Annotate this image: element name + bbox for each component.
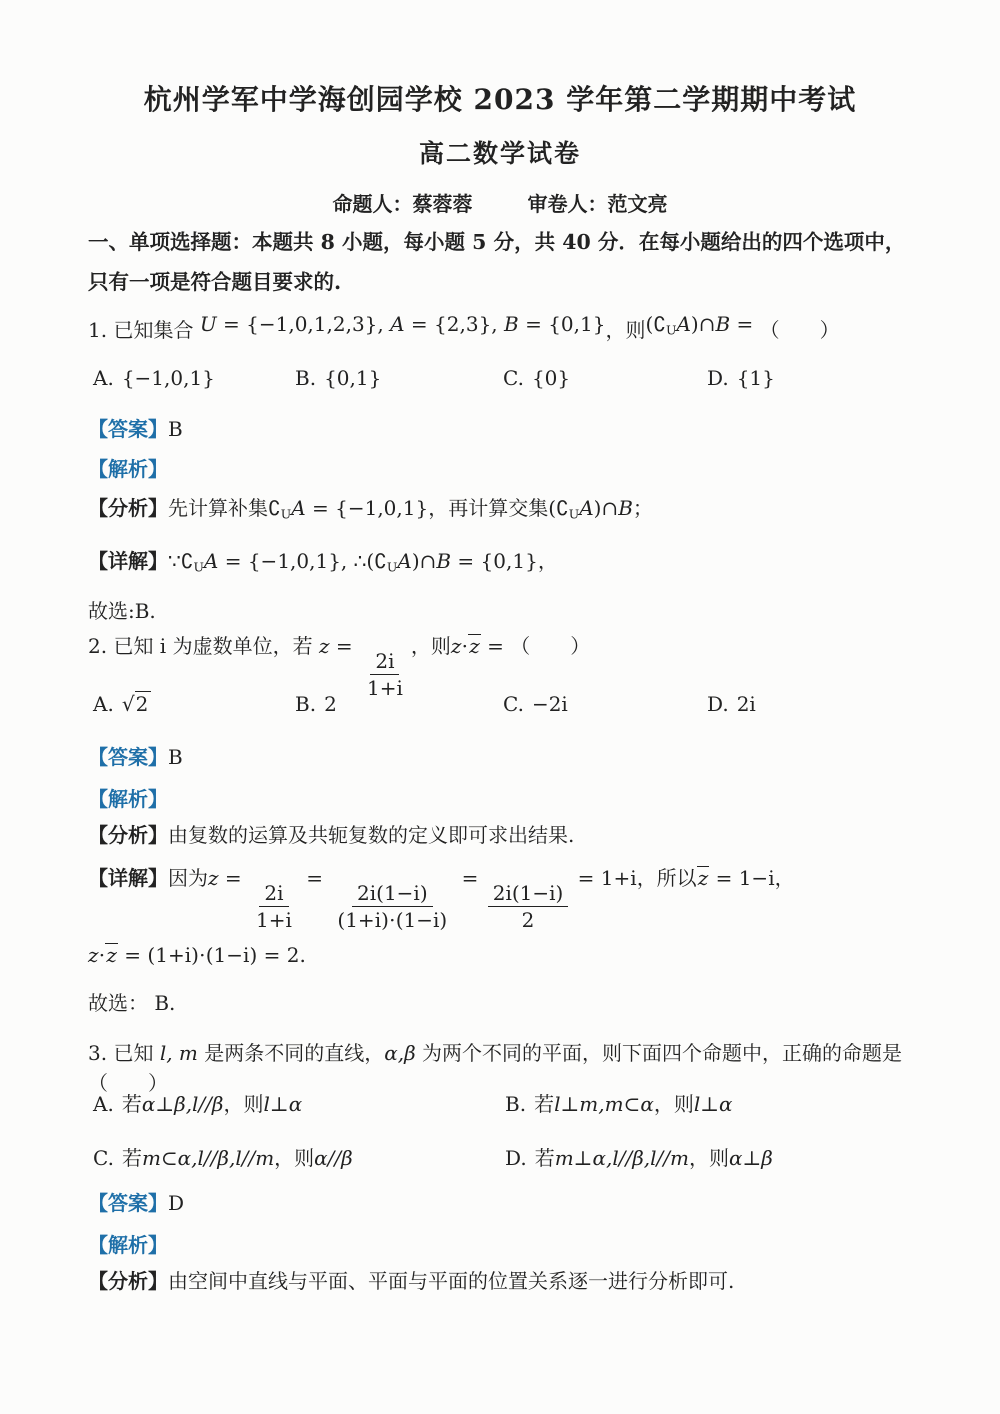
q1-answer-blank: （ ） [760, 318, 840, 342]
q2-fenxi-text: 由复数的运算及共轭复数的定义即可求出结果. [168, 823, 574, 847]
q1-option-b: B.{0,1} [295, 366, 503, 390]
q1-xiangjie-end: ， [538, 549, 558, 573]
q3-answer-value: D [168, 1191, 184, 1215]
q1-complement-formula: (∁UA)∩B = [645, 312, 753, 336]
answer-label: 【答案】 [88, 1191, 168, 1215]
q2-jiexi-line: 【解析】 [88, 784, 916, 814]
exam-subtitle: 高二数学试卷 [0, 134, 1000, 170]
fenxi-label: 【分析】 [88, 496, 168, 520]
answer-label: 【答案】 [88, 417, 168, 441]
jiexi-label: 【解析】 [88, 1233, 168, 1257]
question-2-stem: 2. 已知 i 为虚数单位，若 z = 2i1+i，则z⋅z = （ ） [88, 630, 916, 700]
q3-stem-mid-2: 为两个不同的平面，则下面四个命题中，正确的命题是 [422, 1041, 902, 1065]
q1-fenxi-formula-2: (∁UA)∩B [548, 496, 633, 520]
q2-xiangjie-formula-2: z = 1−i [697, 866, 775, 890]
q1-fenxi-mid: ，再计算交集 [428, 496, 548, 520]
q1-fenxi-text: 先计算补集 [168, 496, 268, 520]
q2-option-b: B.2 [295, 692, 503, 716]
q2-xiangjie-pre: 因为 [168, 866, 208, 890]
q3-number: 3. [88, 1041, 107, 1065]
q1-option-d: D.{1} [707, 366, 916, 390]
q1-guxuan-line: 故选:B. [88, 596, 916, 626]
q2-answer-value: B [168, 745, 183, 769]
q1-option-a: A.{−1,0,1} [88, 366, 295, 390]
section-one-heading: 一、单项选择题：本题共 8 小题，每小题 5 分，共 40 分．在每小题给出的四… [88, 222, 916, 302]
q2-z-formula: z = 2i1+i [319, 634, 411, 658]
question-1-stem: 1. 已知集合 U = {−1,0,1,2,3}, A = {2,3}, B =… [88, 315, 916, 352]
q3-jiexi-line: 【解析】 [88, 1230, 916, 1260]
q1-options-row: A.{−1,0,1} B.{0,1} C.{0} D.{1} [88, 366, 916, 390]
q1-answer-line: 【答案】B [88, 414, 916, 444]
q2-number: 2. [88, 634, 107, 658]
xiangjie-label: 【详解】 [88, 866, 168, 890]
q2-xiangjie-line: 【详解】因为z = 2i1+i = 2i(1−i)(1+i)⋅(1−i) = 2… [88, 862, 916, 932]
q1-number: 1. [88, 318, 107, 342]
q2-stem-mid: ，则 [411, 634, 451, 658]
exam-title: 杭州学军中学海创园学校 2023 学年第二学期期中考试 [0, 78, 1000, 118]
q2-answer-blank: （ ） [510, 634, 590, 658]
q1-sets-formula: U = {−1,0,1,2,3}, A = {2,3}, B = {0,1} [200, 312, 606, 336]
q3-option-b: B.若l⊥m,m⊂α，则l⊥α [505, 1088, 916, 1117]
q3-lines-formula: l, m [160, 1041, 198, 1065]
q2-guxuan-line: 故选： B. [88, 988, 916, 1018]
q3-option-d: D.若m⊥α,l//β,l//m，则α⊥β [505, 1142, 916, 1171]
q1-stem-mid: ，则 [605, 318, 645, 342]
q2-xiangjie-end: ， [775, 866, 795, 890]
q3-fenxi-text: 由空间中直线与平面、平面与平面的位置关系逐一进行分析即可. [168, 1269, 734, 1293]
q1-fenxi-end: ； [633, 496, 653, 520]
q3-options-row-ab: A.若α⊥β,l//β，则l⊥α B.若l⊥m,m⊂α，则l⊥α [88, 1088, 916, 1117]
jiexi-label: 【解析】 [88, 457, 168, 481]
fenxi-label: 【分析】 [88, 823, 168, 847]
q1-stem-text: 已知集合 [113, 318, 193, 342]
q2-xiangjie-mid: ，所以 [637, 866, 697, 890]
q2-stem-text: 已知 i 为虚数单位，若 [113, 634, 312, 658]
proposer-name: 命题人：蔡蓉蓉 [333, 192, 473, 216]
authors-line: 命题人：蔡蓉蓉 审卷人：范文亮 [0, 188, 1000, 217]
q1-fenxi-formula-1: ∁UA = {−1,0,1} [268, 496, 428, 520]
q2-options-row: A.√2 B.2 C.−2i D.2i [88, 692, 916, 716]
q1-option-c: C.{0} [503, 366, 707, 390]
fenxi-label: 【分析】 [88, 1269, 168, 1293]
q3-fenxi-line: 【分析】由空间中直线与平面、平面与平面的位置关系逐一进行分析即可. [88, 1266, 916, 1296]
q2-answer-line: 【答案】B [88, 742, 916, 772]
q3-option-a: A.若α⊥β,l//β，则l⊥α [88, 1088, 505, 1117]
q1-xiangjie-line: 【详解】∵∁UA = {−1,0,1}, ∴(∁UA)∩B = {0,1}， [88, 546, 916, 583]
q1-jiexi-line: 【解析】 [88, 454, 916, 484]
exam-paper-page: 杭州学军中学海创园学校 2023 学年第二学期期中考试 高二数学试卷 命题人：蔡… [0, 0, 1000, 1414]
q1-answer-value: B [168, 417, 183, 441]
q2-fenxi-line: 【分析】由复数的运算及共轭复数的定义即可求出结果. [88, 820, 916, 850]
xiangjie-label: 【详解】 [88, 549, 168, 573]
q2-option-c: C.−2i [503, 692, 707, 716]
q3-stem-mid-1: 是两条不同的直线， [204, 1041, 384, 1065]
q3-planes-formula: α,β [384, 1041, 415, 1065]
reviewer-name: 审卷人：范文亮 [527, 192, 667, 216]
q2-product-formula: z⋅z = (1+i)⋅(1−i) = 2. [88, 943, 306, 967]
q2-option-a: A.√2 [88, 692, 295, 716]
q2-xiangjie-line-2: z⋅z = (1+i)⋅(1−i) = 2. [88, 940, 916, 970]
q2-conjugate-formula: z⋅z = [451, 634, 504, 658]
q3-stem-text: 已知 [113, 1041, 153, 1065]
q2-option-d: D.2i [707, 692, 916, 716]
q1-fenxi-line: 【分析】先计算补集∁UA = {−1,0,1}，再计算交集(∁UA)∩B； [88, 493, 916, 530]
q3-answer-line: 【答案】D [88, 1188, 916, 1218]
q3-options-row-cd: C.若m⊂α,l//β,l//m，则α//β D.若m⊥α,l//β,l//m，… [88, 1142, 916, 1171]
q2-xiangjie-formula-1: z = 2i1+i = 2i(1−i)(1+i)⋅(1−i) = 2i(1−i)… [208, 866, 637, 890]
jiexi-label: 【解析】 [88, 787, 168, 811]
answer-label: 【答案】 [88, 745, 168, 769]
q1-xiangjie-formula: ∵∁UA = {−1,0,1}, ∴(∁UA)∩B = {0,1} [168, 549, 538, 573]
q3-option-c: C.若m⊂α,l//β,l//m，则α//β [88, 1142, 505, 1171]
